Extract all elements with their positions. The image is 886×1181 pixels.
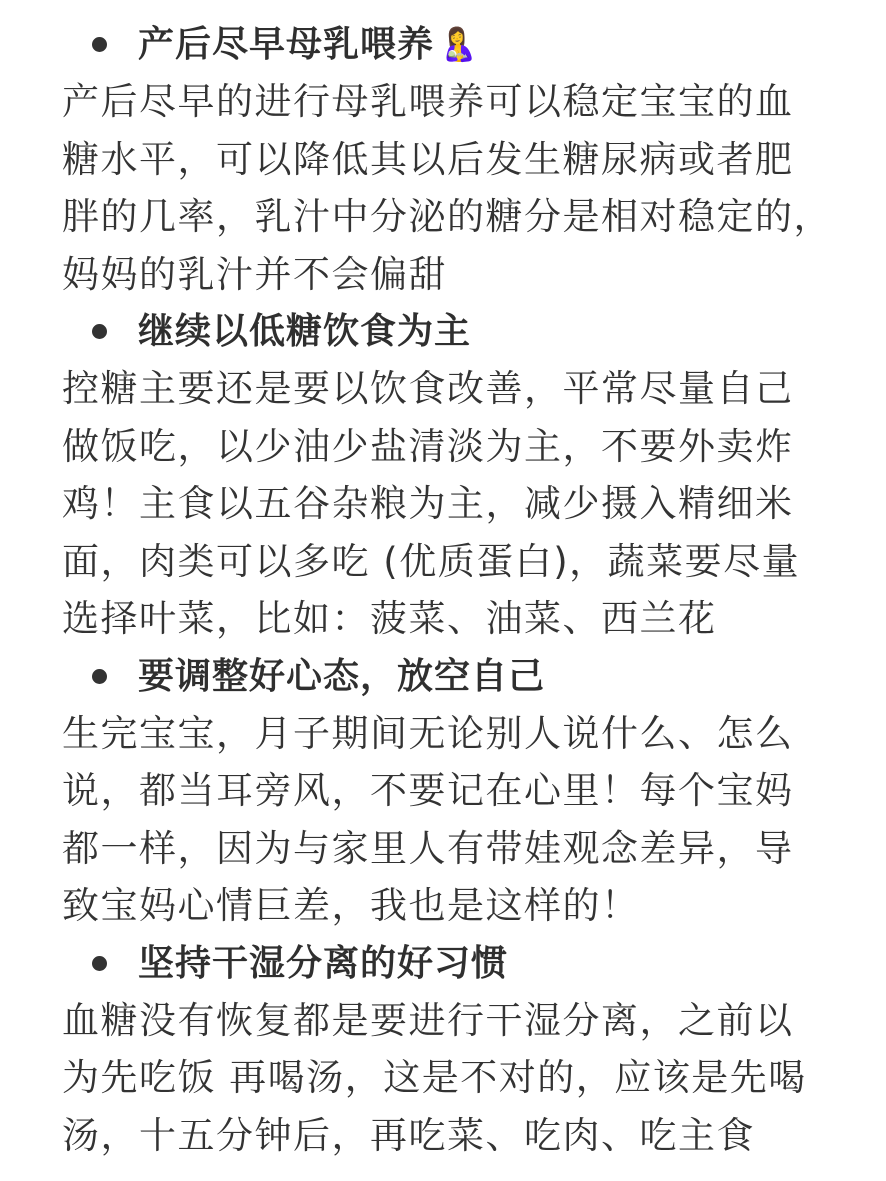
body-line: 选择叶菜，比如：菠菜、油菜、西兰花 bbox=[62, 590, 826, 648]
bullet-icon bbox=[92, 669, 107, 684]
section-body: 产后尽早的进行母乳喂养可以稳定宝宝的血 糖水平，可以降低其以后发生糖尿病或者肥 … bbox=[0, 73, 886, 303]
bullet-icon bbox=[92, 324, 107, 339]
section-breastfeeding: 产后尽早母乳喂养🤱 产后尽早的进行母乳喂养可以稳定宝宝的血 糖水平，可以降低其以… bbox=[0, 16, 886, 303]
heading-text: 坚持干湿分离的好习惯 bbox=[138, 943, 508, 984]
body-line: 控糖主要还是要以饮食改善，平常尽量自己 bbox=[62, 360, 826, 418]
heading-text: 产后尽早母乳喂养 bbox=[138, 24, 434, 65]
body-line: 血糖没有恢复都是要进行干湿分离，之前以 bbox=[62, 992, 826, 1050]
body-line: 妈妈的乳汁并不会偏甜 bbox=[62, 246, 826, 304]
body-line: 产后尽早的进行母乳喂养可以稳定宝宝的血 bbox=[62, 73, 826, 131]
body-line: 生完宝宝，月子期间无论别人说什么、怎么 bbox=[62, 705, 826, 763]
bullet-icon bbox=[92, 37, 107, 52]
section-heading: 产后尽早母乳喂养🤱 bbox=[0, 16, 886, 73]
bullet-icon bbox=[92, 956, 107, 971]
body-line: 致宝妈心情巨差，我也是这样的！ bbox=[62, 877, 826, 935]
section-heading: 继续以低糖饮食为主 bbox=[0, 303, 886, 360]
section-body: 控糖主要还是要以饮食改善，平常尽量自己 做饭吃，以少油少盐清淡为主，不要外卖炸 … bbox=[0, 360, 886, 648]
section-body: 血糖没有恢复都是要进行干湿分离，之前以 为先吃饭 再喝汤，这是不对的，应该是先喝… bbox=[0, 992, 886, 1165]
section-body: 生完宝宝，月子期间无论别人说什么、怎么 说，都当耳旁风，不要记在心里！每个宝妈 … bbox=[0, 705, 886, 935]
heading-text: 要调整好心态，放空自己 bbox=[138, 656, 545, 697]
document: 产后尽早母乳喂养🤱 产后尽早的进行母乳喂养可以稳定宝宝的血 糖水平，可以降低其以… bbox=[0, 0, 886, 1164]
body-line: 为先吃饭 再喝汤，这是不对的，应该是先喝 bbox=[62, 1049, 826, 1107]
section-heading: 要调整好心态，放空自己 bbox=[0, 648, 886, 705]
heading-text: 继续以低糖饮食为主 bbox=[138, 311, 471, 352]
section-low-sugar-diet: 继续以低糖饮食为主 控糖主要还是要以饮食改善，平常尽量自己 做饭吃，以少油少盐清… bbox=[0, 303, 886, 648]
breastfeeding-emoji-icon: 🤱 bbox=[438, 16, 479, 73]
section-dry-wet-separation: 坚持干湿分离的好习惯 血糖没有恢复都是要进行干湿分离，之前以 为先吃饭 再喝汤，… bbox=[0, 935, 886, 1165]
section-heading: 坚持干湿分离的好习惯 bbox=[0, 935, 886, 992]
body-line: 鸡！主食以五谷杂粮为主，减少摄入精细米 bbox=[62, 475, 826, 533]
body-line: 糖水平，可以降低其以后发生糖尿病或者肥 bbox=[62, 131, 826, 189]
body-line: 胖的几率，乳汁中分泌的糖分是相对稳定的， bbox=[62, 188, 826, 246]
body-line: 汤，十五分钟后，再吃菜、吃肉、吃主食 bbox=[62, 1107, 826, 1165]
body-line: 都一样，因为与家里人有带娃观念差异，导 bbox=[62, 820, 826, 878]
body-line: 面，肉类可以多吃 (优质蛋白)，蔬菜要尽量 bbox=[62, 533, 826, 591]
body-line: 说，都当耳旁风，不要记在心里！每个宝妈 bbox=[62, 762, 826, 820]
body-line: 做饭吃，以少油少盐清淡为主，不要外卖炸 bbox=[62, 418, 826, 476]
section-mindset: 要调整好心态，放空自己 生完宝宝，月子期间无论别人说什么、怎么 说，都当耳旁风，… bbox=[0, 648, 886, 935]
